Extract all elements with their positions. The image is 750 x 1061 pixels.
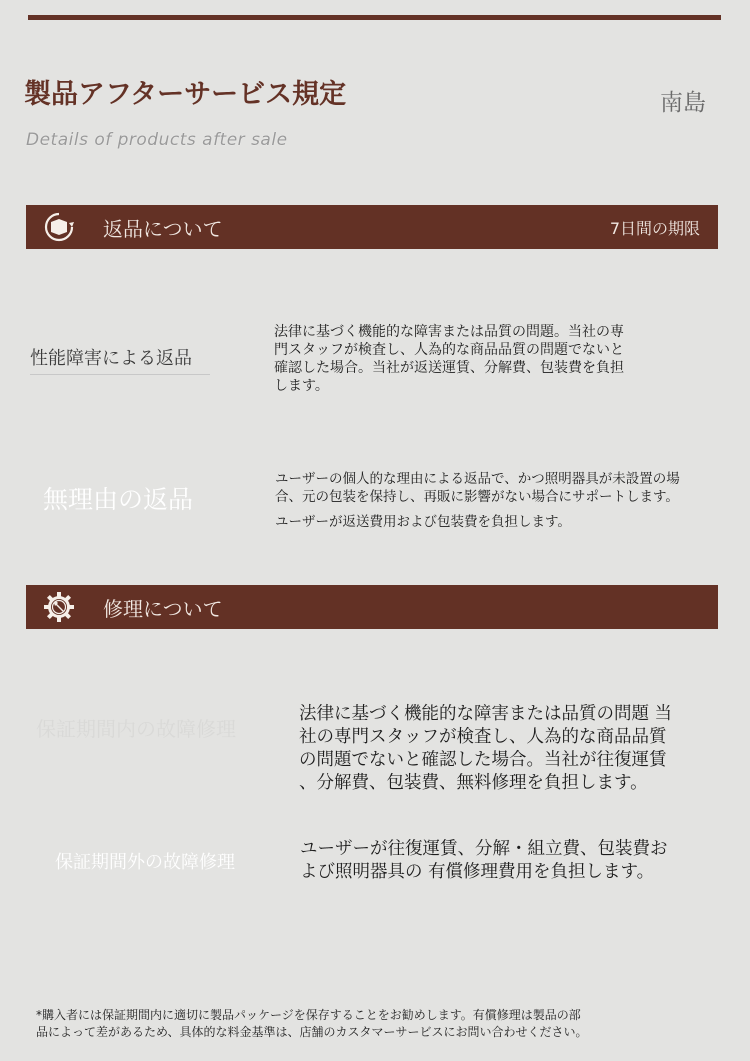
underline-decoration	[30, 374, 210, 375]
repair-gear-wrench-icon	[43, 591, 75, 623]
section-title: 修理について	[103, 593, 223, 622]
row-note-no-reason-return: ユーザーが返送費用および包装費を負担します。	[275, 514, 571, 530]
brand-name: 南島	[660, 84, 706, 117]
page-subtitle: Details of products after sale	[26, 130, 288, 150]
row-label-no-reason-return: 無理由の返品	[43, 480, 193, 516]
row-desc-defect-return: 法律に基づく機能的な障害または品質の問題。当社の専 門スタッフが検査し、人為的な…	[274, 323, 624, 395]
return-box-icon	[43, 211, 75, 243]
section-header-returns: 返品について 7日間の期限	[26, 205, 718, 249]
row-label-out-of-warranty-repair: 保証期間外の故障修理	[55, 848, 235, 874]
section-header-repairs: 修理について	[26, 585, 718, 629]
row-label-in-warranty-repair: 保証期間内の故障修理	[36, 713, 236, 742]
page-title: 製品アフターサービス規定	[24, 72, 346, 111]
top-divider	[28, 15, 721, 20]
row-desc-no-reason-return: ユーザーの個人的な理由による返品で、かつ照明器具が未設置の場 合、元の包装を保持…	[275, 470, 680, 506]
row-desc-in-warranty-repair: 法律に基づく機能的な障害または品質の問題 当 社の専門スタッフが検査し、人為的な…	[299, 703, 672, 795]
section-title: 返品について	[103, 213, 223, 242]
footnote: *購入者には保証期間内に適切に製品パッケージを保存することをお勧めします。有償修…	[36, 1007, 676, 1041]
row-label-defect-return: 性能障害による返品	[30, 344, 192, 370]
row-desc-out-of-warranty-repair: ユーザーが往復運賃、分解・組立費、包装費お よび照明器具の 有償修理費用を負担し…	[300, 838, 668, 884]
return-period-badge: 7日間の期限	[610, 216, 700, 239]
